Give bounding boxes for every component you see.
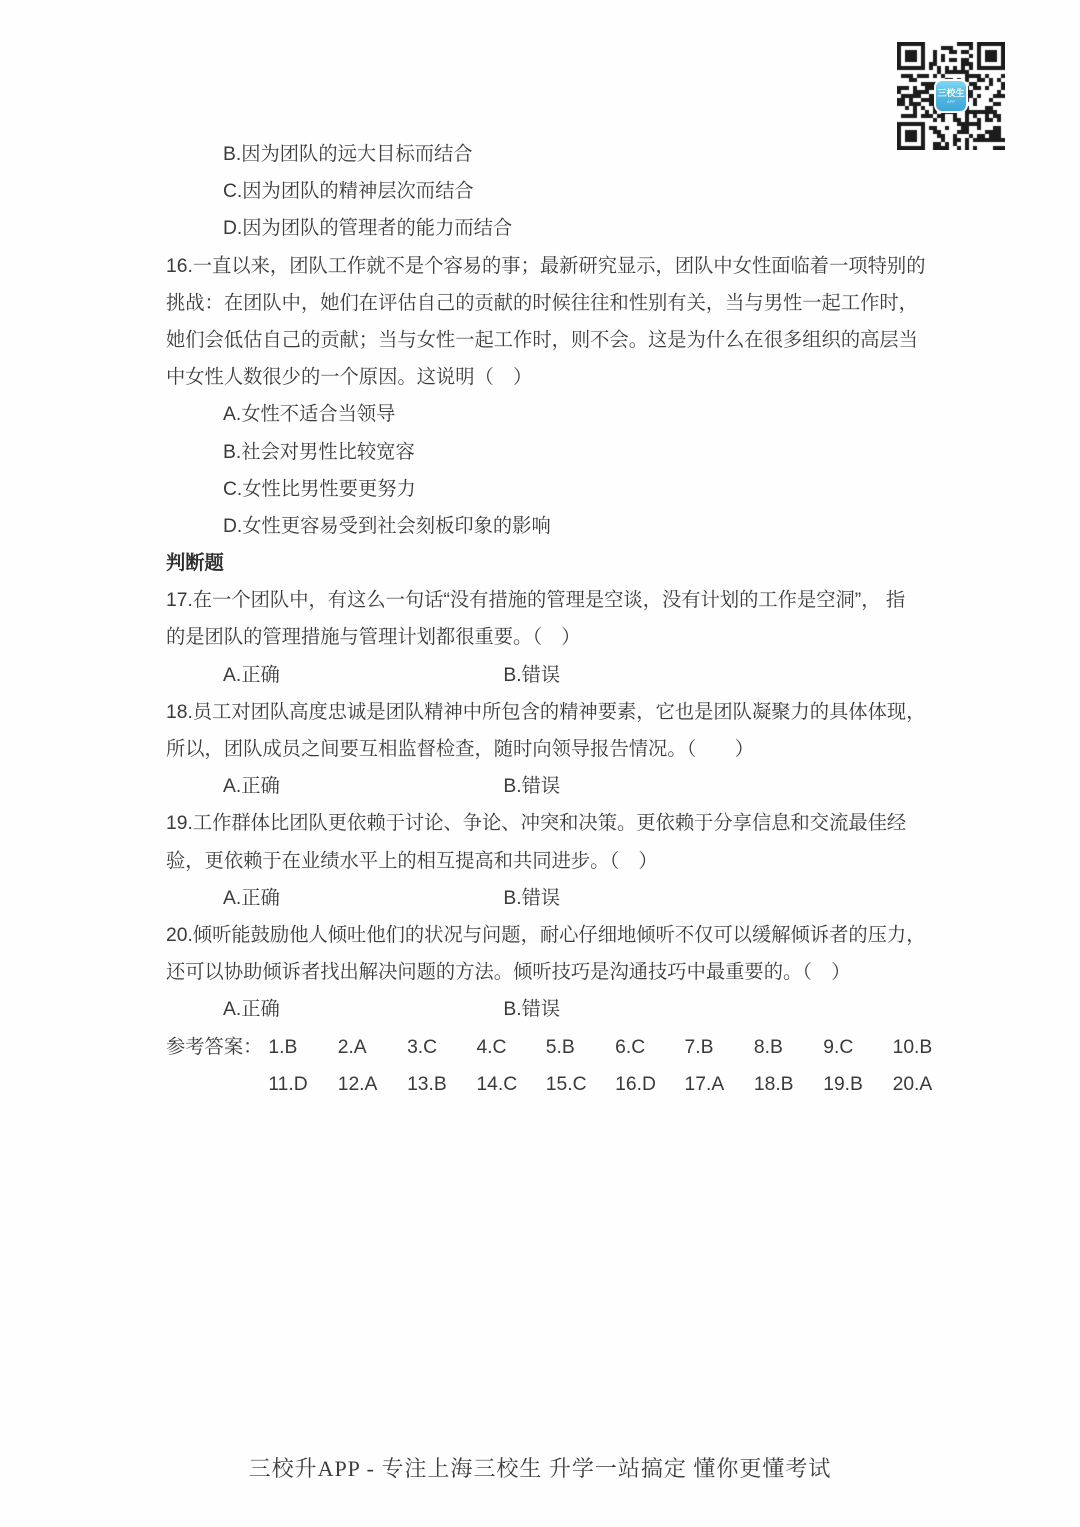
question-18-options: A.正确 B.错误	[166, 768, 918, 805]
question-19-option-a: A.正确	[223, 880, 498, 917]
question-16-option-c: C.女性比男性要更努力	[166, 471, 918, 508]
question-17-line-2: 的是团队的管理措施与管理计划都很重要。（ ）	[166, 619, 918, 656]
answer-16: 16.D	[615, 1066, 679, 1103]
question-19-options: A.正确 B.错误	[166, 880, 918, 917]
answer-7: 7.B	[685, 1029, 749, 1066]
footer-slogan: 三校升APP - 专注上海三校生 升学一站搞定 懂你更懂考试	[0, 1452, 1080, 1483]
question-17-options: A.正确 B.错误	[166, 657, 918, 694]
option-line-b: B.因为团队的远大目标而结合	[166, 136, 918, 173]
question-20-line-1: 20.倾听能鼓励他人倾吐他们的状况与问题，耐心仔细地倾听不仅可以缓解倾诉者的压力…	[166, 917, 918, 954]
question-19-line-1: 19.工作群体比团队更依赖于讨论、争论、冲突和决策。更依赖于分享信息和交流最佳经	[166, 805, 918, 842]
question-17-option-a: A.正确	[223, 657, 498, 694]
question-20-line-2: 还可以协助倾诉者找出解决问题的方法。倾听技巧是沟通技巧中最重要的。（ ）	[166, 954, 918, 991]
answer-key-row-1: 参考答案： 1.B 2.A 3.C 4.C 5.B 6.C 7.B 8.B 9.…	[166, 1029, 918, 1066]
question-17-line-1: 17.在一个团队中，有这么一句话“没有措施的管理是空谈，没有计划的工作是空洞”，…	[166, 582, 918, 619]
answer-15: 15.C	[546, 1066, 610, 1103]
answer-key-label: 参考答案：	[166, 1029, 263, 1066]
answer-14: 14.C	[476, 1066, 540, 1103]
qr-code: 三校生 APP	[897, 42, 1005, 150]
question-18-option-a: A.正确	[223, 768, 498, 805]
answer-17: 17.A	[685, 1066, 749, 1103]
question-16-line-1: 16.一直以来，团队工作就不是个容易的事；最新研究显示，团队中女性面临着一项特别…	[166, 248, 918, 285]
answer-key-row-2: 11.D 12.A 13.B 14.C 15.C 16.D 17.A 18.B …	[166, 1066, 918, 1103]
exam-body: B.因为团队的远大目标而结合 C.因为团队的精神层次而结合 D.因为团队的管理者…	[166, 136, 918, 1103]
question-19-line-2: 验，更依赖于在业绩水平上的相互提高和共同进步。（ ）	[166, 843, 918, 880]
document-page: 三校生 APP B.因为团队的远大目标而结合 C.因为团队的精神层次而结合 D.…	[0, 0, 1080, 1527]
option-line-d: D.因为团队的管理者的能力而结合	[166, 210, 918, 247]
answer-8: 8.B	[754, 1029, 818, 1066]
answer-13: 13.B	[407, 1066, 471, 1103]
answer-18: 18.B	[754, 1066, 818, 1103]
answer-6: 6.C	[615, 1029, 679, 1066]
question-16-line-2: 挑战：在团队中，她们在评估自己的贡献的时候往往和性别有关，当与男性一起工作时，	[166, 285, 918, 322]
question-20-options: A.正确 B.错误	[166, 991, 918, 1028]
answer-4: 4.C	[476, 1029, 540, 1066]
question-20-option-b: B.错误	[503, 999, 560, 1020]
answer-19: 19.B	[823, 1066, 887, 1103]
answer-3: 3.C	[407, 1029, 471, 1066]
question-20-option-a: A.正确	[223, 991, 498, 1028]
answer-5: 5.B	[546, 1029, 610, 1066]
answer-20: 20.A	[893, 1066, 957, 1103]
question-16-line-4: 中女性人数很少的一个原因。这说明（ ）	[166, 359, 918, 396]
answer-10: 10.B	[893, 1029, 957, 1066]
answer-12: 12.A	[338, 1066, 402, 1103]
section-title-judgment: 判断题	[166, 545, 918, 582]
qr-center-logo: 三校生 APP	[934, 79, 968, 113]
answer-2: 2.A	[338, 1029, 402, 1066]
question-16-line-3: 她们会低估自己的贡献；当与女性一起工作时，则不会。这是为什么在很多组织的高层当	[166, 322, 918, 359]
question-18-line-1: 18.员工对团队高度忠诚是团队精神中所包含的精神要素，它也是团队凝聚力的具体体现…	[166, 694, 918, 731]
question-16-option-a: A.女性不适合当领导	[166, 396, 918, 433]
qr-logo-text: 三校生	[937, 88, 964, 99]
question-18-line-2: 所以，团队成员之间要互相监督检查，随时向领导报告情况。（ ）	[166, 731, 918, 768]
qr-logo-subtext: APP	[947, 99, 955, 104]
answer-1: 1.B	[268, 1029, 332, 1066]
question-17-option-b: B.错误	[503, 665, 560, 686]
question-18-option-b: B.错误	[503, 776, 560, 797]
question-16-option-d: D.女性更容易受到社会刻板印象的影响	[166, 508, 918, 545]
question-19-option-b: B.错误	[503, 888, 560, 909]
option-line-c: C.因为团队的精神层次而结合	[166, 173, 918, 210]
answer-9: 9.C	[823, 1029, 887, 1066]
answer-11: 11.D	[268, 1066, 332, 1103]
question-16-option-b: B.社会对男性比较宽容	[166, 434, 918, 471]
